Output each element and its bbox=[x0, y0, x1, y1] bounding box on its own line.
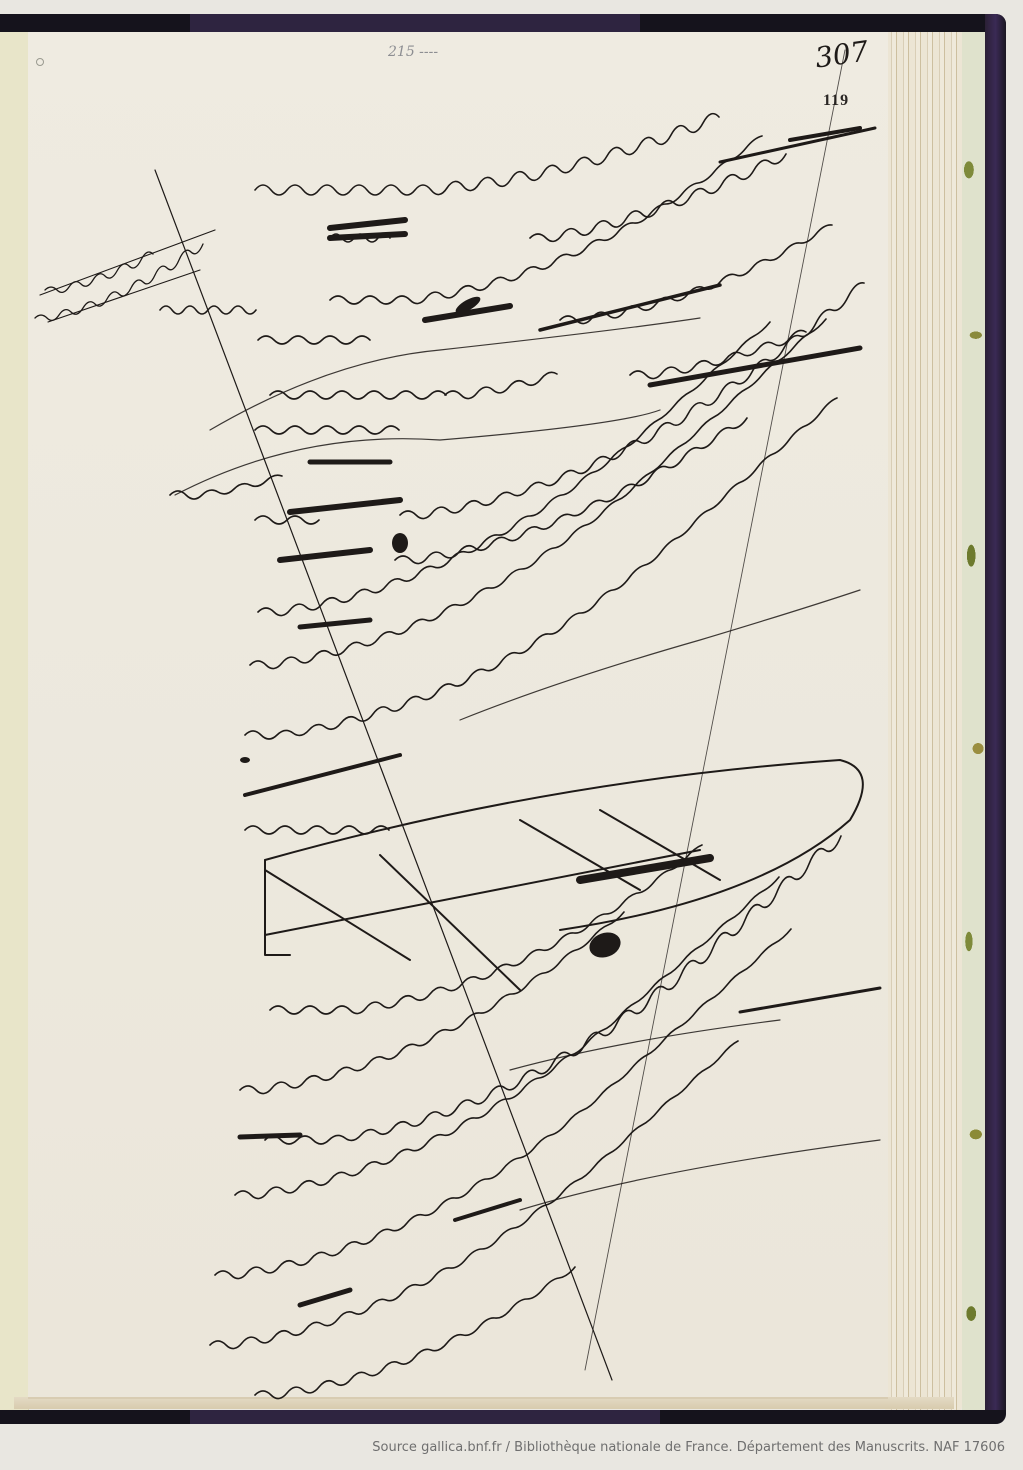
handwriting-strokes bbox=[0, 0, 1023, 1470]
source-credit: Source gallica.bnf.fr / Bibliothèque nat… bbox=[0, 1440, 1005, 1455]
